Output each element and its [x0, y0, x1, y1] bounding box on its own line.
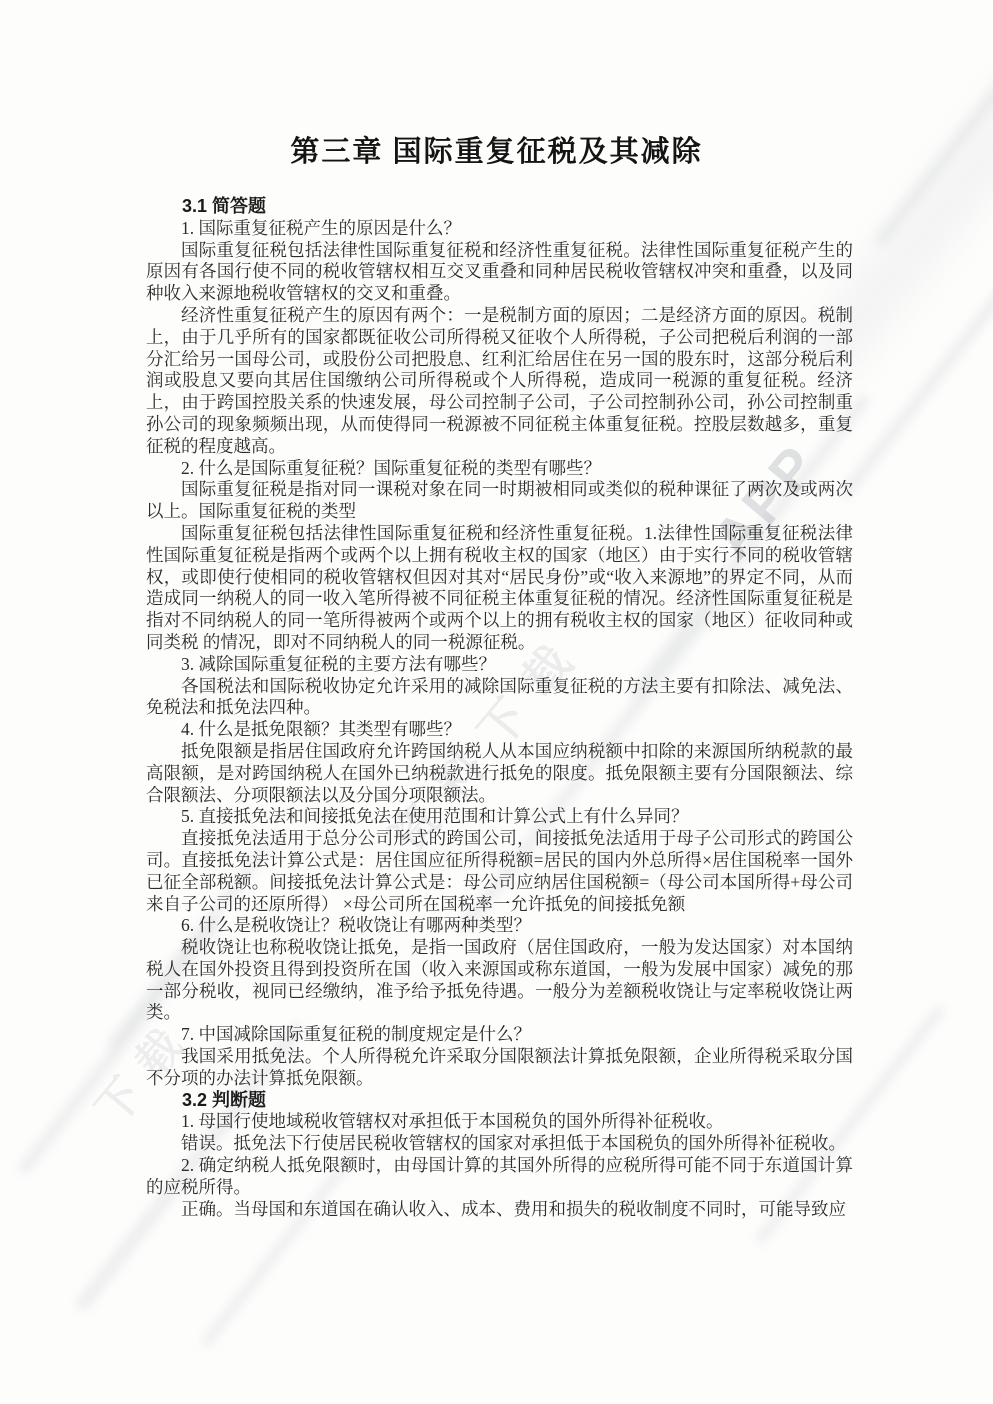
question-3-1-4: 4. 什么是抵免限额？其类型有哪些？ [146, 719, 853, 741]
answer-3-1-7: 我国采用抵免法。个人所得税允许采取分国限额法计算抵免限额，企业所得税采取分国不分… [146, 1046, 853, 1090]
question-3-1-7: 7. 中国减除国际重复征税的制度规定是什么？ [146, 1024, 853, 1046]
answer-3-1-5: 直接抵免法适用于总分公司形式的跨国公司，间接抵免法适用于母子公司形式的跨国公司。… [146, 828, 853, 915]
answer-3-1-4: 抵免限额是指居住国政府允许跨国纳税人从本国应纳税额中扣除的来源国所纳税款的最高限… [146, 741, 853, 806]
document-page: APP 资料下载 下载 第三章 国际重复征税及其减除 3.1 简答题 1. 国际… [0, 0, 993, 1404]
answer-3-1-2a: 国际重复征税是指对同一课税对象在同一时期被相同或类似的税种课征了两次及或两次以上… [146, 479, 853, 523]
question-3-1-3: 3. 减除国际重复征税的主要方法有哪些？ [146, 654, 853, 676]
answer-3-1-2b: 国际重复征税包括法律性国际重复征税和经济性重复征税。1.法律性国际重复征税法律性… [146, 523, 853, 654]
section-heading-3-2: 3.2 判断题 [146, 1090, 853, 1112]
question-3-1-2: 2. 什么是国际重复征税？国际重复征税的类型有哪些？ [146, 458, 853, 480]
question-3-1-5: 5. 直接抵免法和间接抵免法在使用范围和计算公式上有什么异同？ [146, 806, 853, 828]
answer-3-1-1b: 经济性重复征税产生的原因有两个：一是税制方面的原因；二是经济方面的原因。税制上，… [146, 305, 853, 458]
question-3-1-1: 1. 国际重复征税产生的原因是什么？ [146, 218, 853, 240]
statement-3-2-2: 2. 确定纳税人抵免限额时，由母国计算的其国外所得的应税所得可能不同于东道国计算… [146, 1155, 853, 1199]
answer-3-1-6: 税收饶让也称税收饶让抵免，是指一国政府（居住国政府，一般为发达国家）对本国纳税人… [146, 937, 853, 1024]
judgment-3-2-1: 错误。抵免法下行使居民税收管辖权的国家对承担低于本国税负的国外所得补征税收。 [146, 1133, 853, 1155]
answer-3-1-3: 各国税法和国际税收协定允许采用的减除国际重复征税的方法主要有扣除法、减免法、免税… [146, 676, 853, 720]
page-title: 第三章 国际重复征税及其减除 [0, 129, 993, 170]
document-body: 3.1 简答题 1. 国际重复征税产生的原因是什么？ 国际重复征税包括法律性国际… [146, 196, 853, 1220]
question-3-1-6: 6. 什么是税收饶让？税收饶让有哪两种类型？ [146, 915, 853, 937]
watermark-streak [839, 232, 993, 499]
watermark-streak [873, 4, 993, 248]
answer-3-1-1a: 国际重复征税包括法律性国际重复征税和经济性重复征税。法律性国际重复征税产生的原因… [146, 240, 853, 305]
section-heading-3-1: 3.1 简答题 [146, 196, 853, 218]
statement-3-2-1: 1. 母国行使地域税收管辖权对承担低于本国税负的国外所得补征税收。 [146, 1111, 853, 1133]
judgment-3-2-2: 正确。当母国和东道国在确认收入、成本、费用和损失的税收制度不同时，可能导致应 [146, 1199, 853, 1221]
